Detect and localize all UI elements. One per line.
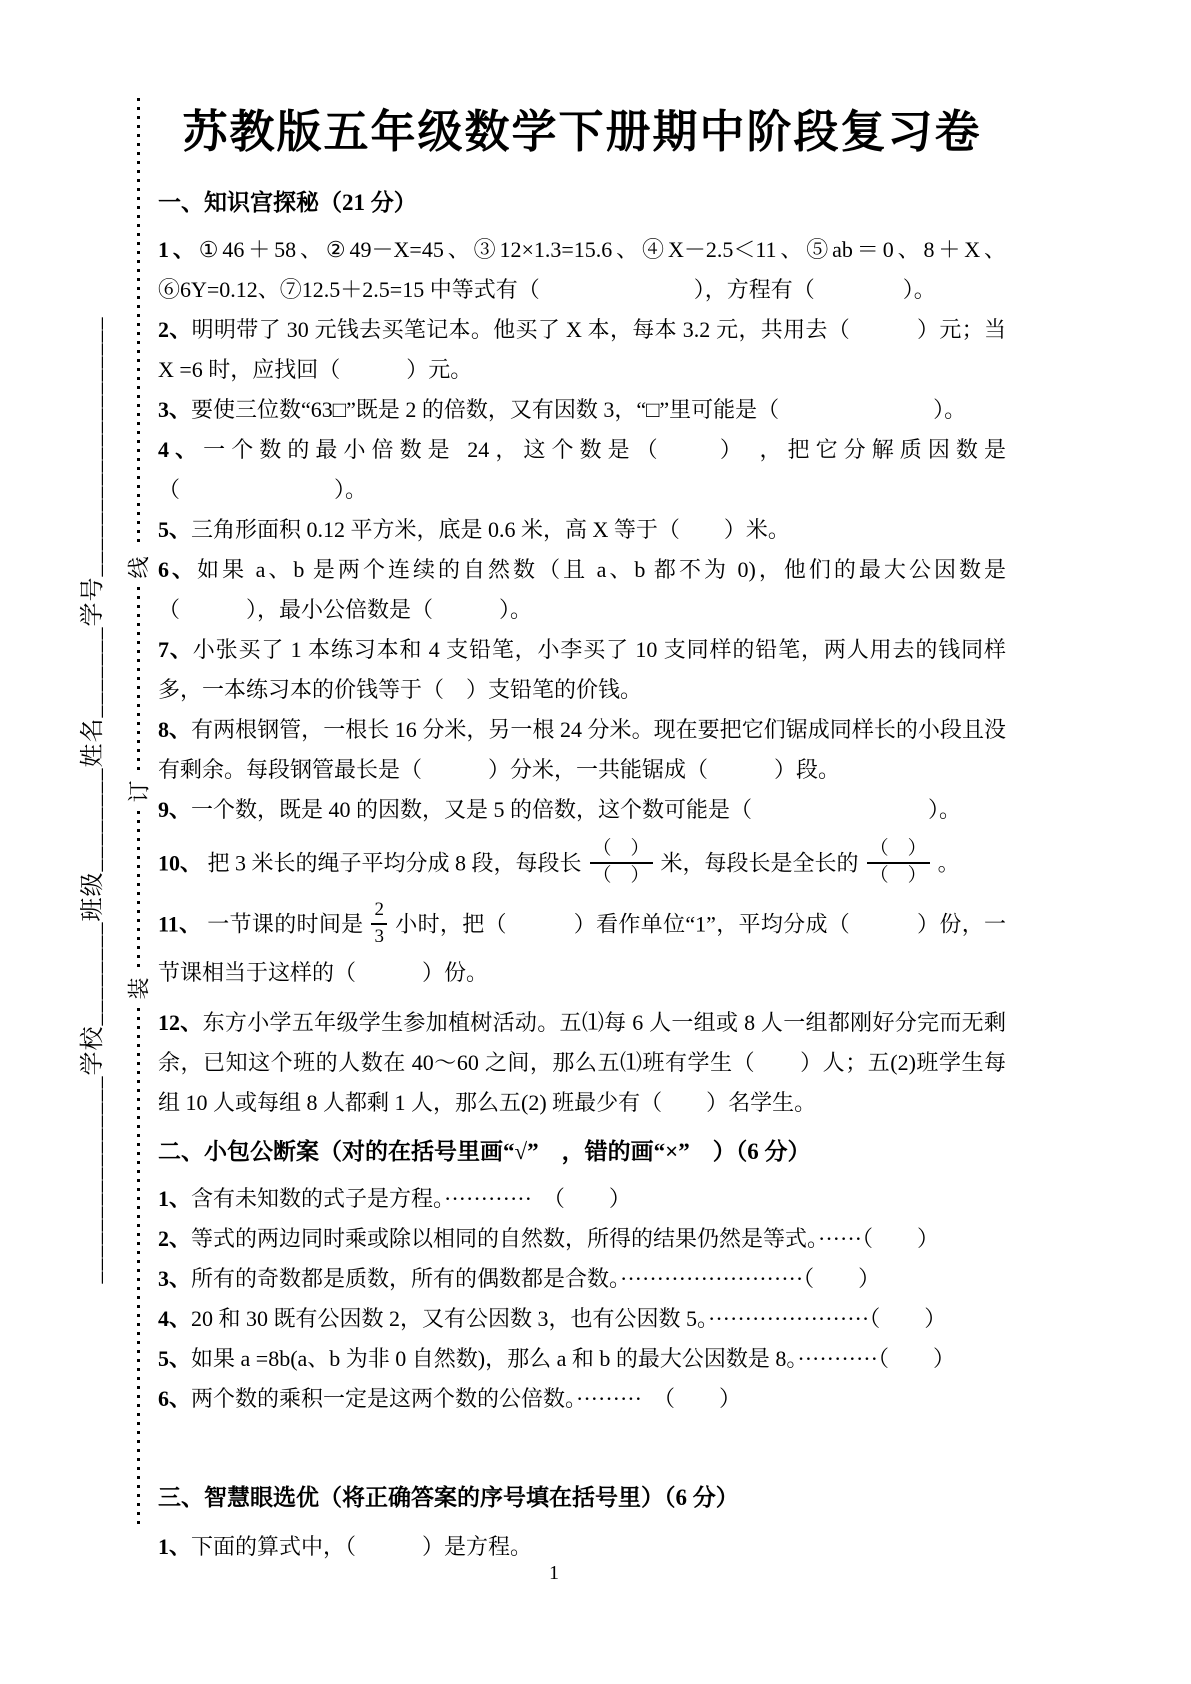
section2-heading: 二、小包公断案（对的在括号里画“√” ，错的画“×” ）（6 分） [158,1135,1006,1169]
question-text: 东方小学五年级学生参加植树活动。五⑴每 6 人一组或 8 人一组都刚好分完而无剩… [158,1010,1006,1115]
question-1-7: 7、小张买了 1 本练习本和 4 支铅笔，小李买了 10 支同样的铅笔，两人用去… [158,630,1006,710]
question-text: 一节课的时间是 [207,912,363,937]
student-info-line: ________________学校________班级________姓名__… [72,300,102,1300]
question-text: 所有的奇数都是质数，所有的偶数都是合数。····················… [191,1266,880,1291]
question-number: 2、 [158,317,192,342]
question-text: 有两根钢管，一根长 16 分米，另一根 24 分米。现在要把它们锯成同样长的小段… [158,717,1006,782]
question-text: 小张买了 1 本练习本和 4 支铅笔，小李买了 10 支同样的铅笔，两人用去的钱… [158,637,1006,702]
fraction-denominator: 3 [371,925,387,950]
binding-char-ding: 订 [123,780,154,802]
fraction-denominator: （ ） [867,864,930,889]
page-title: 苏教版五年级数学下册期中阶段复习卷 [158,95,1006,160]
question-number: 6、 [158,1386,191,1411]
question-2-5: 5、如果 a =8b(a、b 为非 0 自然数)，那么 a 和 b 的最大公因数… [158,1339,1006,1379]
question-text: 等式的两边同时乘或除以相同的自然数，所得的结果仍然是等式。······（ ） [191,1226,939,1251]
question-text: 明明带了 30 元钱去买笔记本。他买了 X 本，每本 3.2 元，共用去（ ）元… [158,317,1006,382]
question-text: 要使三位数“63□”既是 2 的倍数，又有因数 3，“□”里可能是（ ）。 [191,397,966,422]
binding-dotted-segment [137,98,140,548]
question-2-4: 4、20 和 30 既有公因数 2，又有公因数 3，也有公因数 5。······… [158,1299,1006,1339]
question-number: 4、 [158,1306,191,1331]
exam-paper-page: ________________学校________班级________姓名__… [0,0,1191,1684]
question-number: 3、 [158,1266,191,1291]
binding-char-zhuang: 装 [123,977,154,999]
question-number: 11、 [158,912,201,937]
question-2-3: 3、所有的奇数都是质数，所有的偶数都是合数。··················… [158,1259,1006,1299]
question-1-1: 1、①46＋58、②49－X=45、③12×1.3=15.6、④X－2.5＜11… [158,230,1006,310]
question-number: 1、 [158,1534,191,1559]
binding-line: 线 订 装 [128,98,148,1528]
question-2-2: 2、等式的两边同时乘或除以相同的自然数，所得的结果仍然是等式。······（ ） [158,1219,1006,1259]
page-number: 1 [0,1562,1108,1585]
fraction-two-thirds: 23 [371,898,387,949]
question-1-8: 8、有两根钢管，一根长 16 分米，另一根 24 分米。现在要把它们锯成同样长的… [158,710,1006,790]
question-number: 6、 [158,557,197,582]
fraction-blank: （ ）（ ） [590,837,653,888]
question-text: 下面的算式中，（ ）是方程。 [191,1534,532,1559]
binding-char-line: 线 [123,556,154,578]
question-2-1: 1、含有未知数的式子是方程。············ （ ） [158,1179,1006,1219]
question-text: 两个数的乘积一定是这两个数的公倍数。········· （ ） [191,1386,741,1411]
question-1-11: 11、 一节课的时间是23小时，把（ ）看作单位“1”，平均分成（ ）份，一节课… [158,901,1006,992]
question-number: 8、 [158,717,191,742]
question-number: 5、 [158,1346,191,1371]
question-3-1: 1、下面的算式中，（ ）是方程。 [158,1527,1006,1567]
fraction-numerator: （ ） [867,837,930,864]
fraction-denominator: （ ） [590,864,653,889]
question-number: 1、 [158,237,199,262]
question-number: 4、 [158,437,203,462]
question-1-9: 9、一个数，既是 40 的因数，又是 5 的倍数，这个数可能是（ ）。 [158,790,1006,830]
question-1-12: 12、东方小学五年级学生参加植树活动。五⑴每 6 人一组或 8 人一组都刚好分完… [158,1003,1006,1123]
question-text: 20 和 30 既有公因数 2，又有公因数 3，也有公因数 5。········… [191,1306,946,1331]
binding-dotted-segment [137,1008,140,1528]
question-2-6: 6、两个数的乘积一定是这两个数的公倍数。········· （ ） [158,1379,1006,1419]
question-1-6: 6、如果 a、b 是两个连续的自然数（且 a、b 都不为 0)，他们的最大公因数… [158,550,1006,630]
question-number: 10、 [158,851,202,876]
question-1-4: 4、一个数的最小倍数是 24，这个数是（ ） ，把它分解质因数是（ ）。 [158,430,1006,510]
binding-dotted-segment [137,811,140,969]
fraction-numerator: 2 [371,898,387,925]
question-number: 9、 [158,797,191,822]
question-number: 2、 [158,1226,191,1251]
question-text: 米，每段长是全长的 [661,851,859,876]
section3-heading: 三、智慧眼选优（将正确答案的序号填在括号里）（6 分） [158,1481,1006,1515]
question-number: 7、 [158,637,193,662]
question-1-3: 3、要使三位数“63□”既是 2 的倍数，又有因数 3，“□”里可能是（ ）。 [158,390,1006,430]
question-text: 如果 a、b 是两个连续的自然数（且 a、b 都不为 0)，他们的最大公因数是（… [158,557,1006,622]
question-number: 1、 [158,1186,191,1211]
question-number: 3、 [158,397,191,422]
section1-heading: 一、知识宫探秘（21 分） [158,186,1006,220]
question-text: 。 [938,851,960,876]
question-number: 12、 [158,1010,203,1035]
exam-content: 苏教版五年级数学下册期中阶段复习卷 一、知识宫探秘（21 分） 1、①46＋58… [158,95,1006,1567]
question-1-2: 2、明明带了 30 元钱去买笔记本。他买了 X 本，每本 3.2 元，共用去（ … [158,310,1006,390]
question-text: ①46＋58、②49－X=45、③12×1.3=15.6、④X－2.5＜11、⑤… [158,237,1006,302]
question-text: 把 3 米长的绳子平均分成 8 段，每段长 [208,851,582,876]
question-number: 5、 [158,517,191,542]
question-text: 含有未知数的式子是方程。············ （ ） [191,1186,631,1211]
fraction-blank: （ ）（ ） [867,837,930,888]
fraction-numerator: （ ） [590,837,653,864]
question-text: 三角形面积 0.12 平方米，底是 0.6 米，高 X 等于（ ）米。 [191,517,790,542]
binding-dotted-segment [137,587,140,772]
question-text: 一个数，既是 40 的因数，又是 5 的倍数，这个数可能是（ ）。 [191,797,961,822]
question-1-5: 5、三角形面积 0.12 平方米，底是 0.6 米，高 X 等于（ ）米。 [158,510,1006,550]
question-text: 一个数的最小倍数是 24，这个数是（ ） ，把它分解质因数是（ ）。 [158,437,1006,502]
question-text: 如果 a =8b(a、b 为非 0 自然数)，那么 a 和 b 的最大公因数是 … [191,1346,955,1371]
question-1-10: 10、 把 3 米长的绳子平均分成 8 段，每段长（ ）（ ）米，每段长是全长的… [158,840,1006,891]
